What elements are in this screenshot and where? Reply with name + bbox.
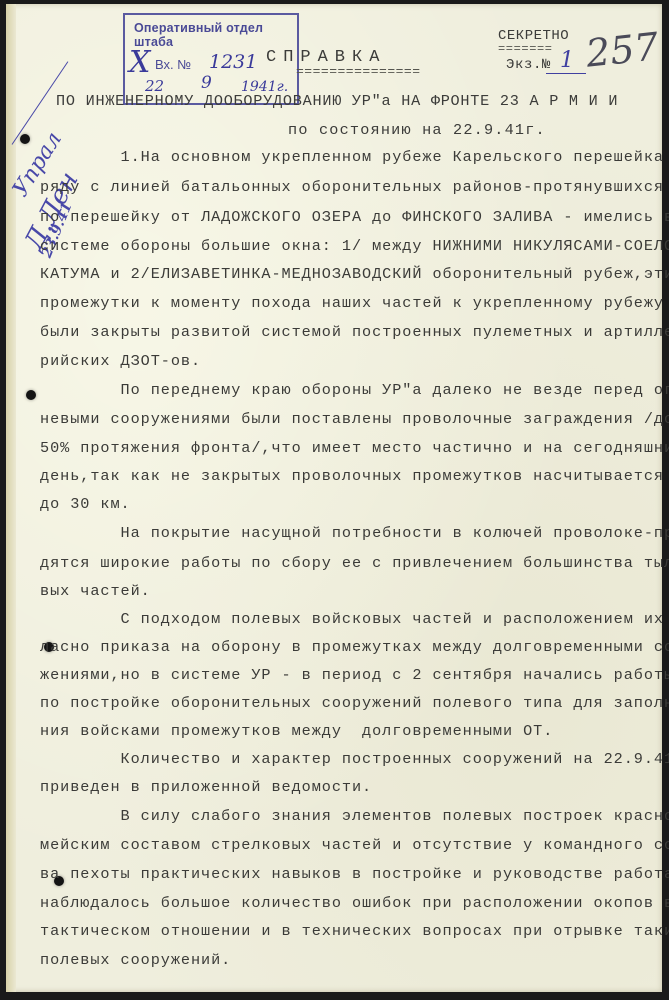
copy-label: Экз.№	[506, 57, 551, 73]
body-line: до 30 км.	[40, 495, 131, 513]
document-subtitle: ПО ИНЖЕНЕРНОМУ ДООБОРУДОВАНИЮ УР"а НА ФР…	[56, 92, 618, 110]
body-line: На покрытие насущной потребности в колюч…	[40, 524, 669, 542]
punch-hole	[26, 390, 36, 400]
body-line: мейским составом стрелковых частей и отс…	[40, 836, 669, 854]
stamp-date-month: 9	[201, 73, 212, 93]
body-line: день,так как не закрытых проволочных про…	[40, 467, 664, 485]
body-line: ния войсками промежутков между долговрем…	[40, 722, 553, 740]
body-line: ласно приказа на оборону в промежутках м…	[40, 638, 669, 656]
document-page: Оперативный отдел штаба Х Вх. № 1231 22 …	[6, 4, 662, 992]
classification-underline: =======	[498, 42, 553, 56]
body-line: КАТУМА и 2/ЕЛИЗАВЕТИНКА-МЕДНОЗАВОДСКИЙ о…	[40, 265, 669, 283]
body-line: 1.На основном укрепленном рубеже Карельс…	[40, 148, 669, 166]
as-of-date: по состоянию на 22.9.41г.	[288, 121, 546, 139]
body-line: дятся широкие работы по сбору ее с привл…	[40, 554, 669, 572]
body-line: по постройке оборонительных сооружений п…	[40, 694, 669, 712]
stamp-mark: Х	[129, 45, 150, 80]
body-line: невыми сооружениями были поставлены пров…	[40, 410, 669, 428]
body-line: ряду с линией батальонных оборонительных…	[40, 178, 664, 196]
paper-edge	[6, 4, 16, 992]
stamp-incoming-label: Вх. №	[155, 57, 191, 72]
archive-number: 257	[584, 24, 661, 75]
body-line: приведен в приложенной ведомости.	[40, 778, 372, 796]
body-line: наблюдалось большое количество ошибок пр…	[40, 894, 669, 912]
body-line: по перешейку от ЛАДОЖСКОГО ОЗЕРА до ФИНС…	[40, 208, 669, 226]
body-line: ва пехоты практических навыков в построй…	[40, 865, 669, 883]
body-line: В силу слабого знания элементов полевых …	[40, 807, 669, 825]
body-line: рийских ДЗОТ-ов.	[40, 352, 201, 370]
copy-number: 1	[560, 48, 574, 73]
punch-hole	[20, 134, 30, 144]
body-line: вых частей.	[40, 582, 151, 600]
body-line: системе обороны большие окна: 1/ между Н…	[40, 237, 669, 255]
body-line: 50% протяжения фронта/,что имеет место ч…	[40, 439, 669, 457]
body-line: Количество и характер построенных сооруж…	[40, 750, 669, 768]
title-underline: ===============	[296, 64, 421, 79]
body-line: полевых сооружений.	[40, 951, 231, 969]
body-line: жениями,но в системе УР - в период с 2 с…	[40, 666, 669, 684]
body-line: тактическом отношении и в технических во…	[40, 922, 669, 940]
body-line: По переднему краю обороны УР"а далеко не…	[40, 381, 669, 399]
copy-number-underline	[546, 73, 586, 74]
body-line: были закрыты развитой системой построенн…	[40, 323, 669, 341]
body-line: С подходом полевых войсковых частей и ра…	[40, 610, 669, 628]
stamp-incoming-number: 1231	[209, 51, 257, 73]
stamp-header: Оперативный отдел штаба	[134, 21, 297, 49]
body-line: промежутки к моменту похода наших частей…	[40, 294, 664, 312]
